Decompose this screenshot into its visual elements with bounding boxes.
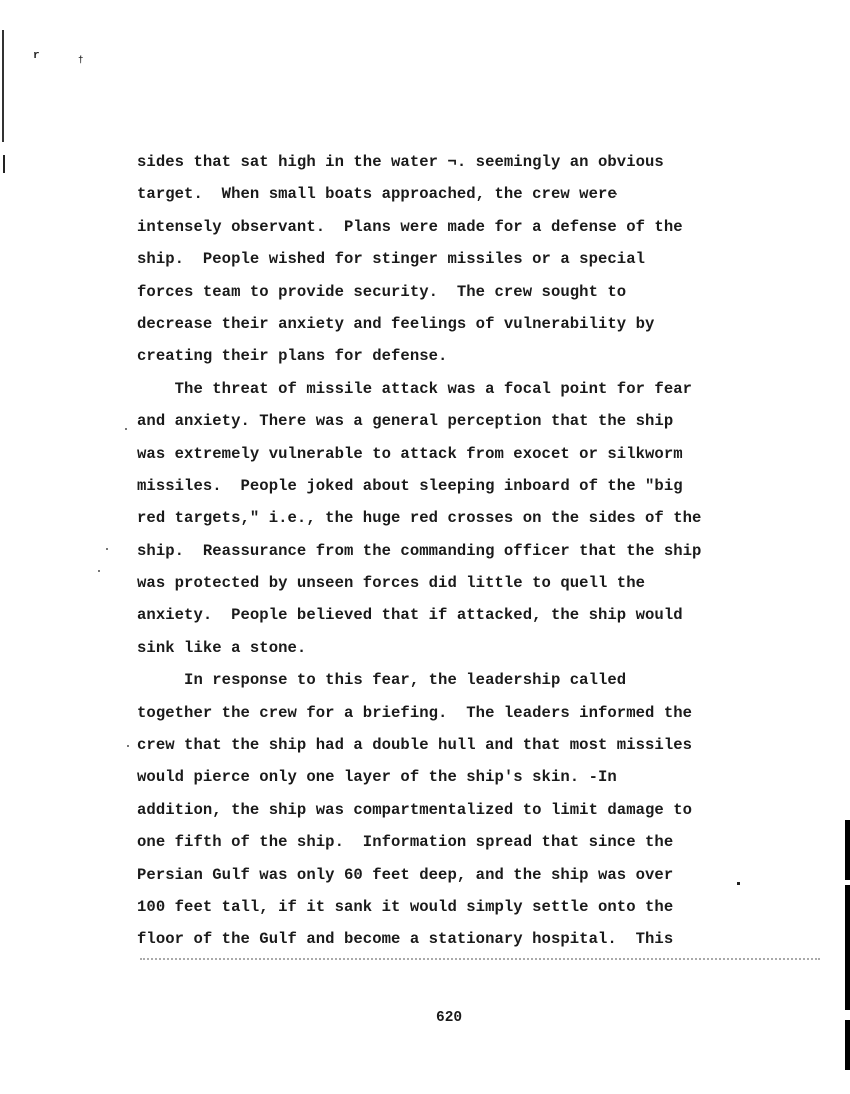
text-line: addition, the ship was compartmentalized… [137, 797, 777, 829]
text-line: The threat of missile attack was a focal… [137, 376, 777, 408]
text-line: In response to this fear, the leadership… [137, 667, 777, 699]
text-line: creating their plans for defense. [137, 343, 777, 375]
text-line: would pierce only one layer of the ship'… [137, 764, 777, 796]
text-line: was extremely vulnerable to attack from … [137, 441, 777, 473]
scanned-document-page: r † sides that sat high in the water ¬. … [0, 0, 850, 1094]
text-line: 100 feet tall, if it sank it would simpl… [137, 894, 777, 926]
text-line: target. When small boats approached, the… [137, 181, 777, 213]
text-line: sink like a stone. [137, 635, 777, 667]
text-line: red targets," i.e., the huge red crosses… [137, 505, 777, 537]
text-line: was protected by unseen forces did littl… [137, 570, 777, 602]
text-line: decrease their anxiety and feelings of v… [137, 311, 777, 343]
scan-speck [106, 548, 108, 550]
scan-edge-right-upper [845, 820, 850, 880]
text-line: together the crew for a briefing. The le… [137, 700, 777, 732]
text-line: forces team to provide security. The cre… [137, 279, 777, 311]
body-text: sides that sat high in the water ¬. seem… [137, 149, 777, 959]
scan-edge-left [2, 30, 4, 142]
text-line: one fifth of the ship. Information sprea… [137, 829, 777, 861]
text-line: Persian Gulf was only 60 feet deep, and … [137, 862, 777, 894]
text-line: missiles. People joked about sleeping in… [137, 473, 777, 505]
text-line: and anxiety. There was a general percept… [137, 408, 777, 440]
scan-speck [98, 570, 100, 572]
text-line: intensely observant. Plans were made for… [137, 214, 777, 246]
text-line: ship. Reassurance from the commanding of… [137, 538, 777, 570]
text-line: anxiety. People believed that if attacke… [137, 602, 777, 634]
scan-speck [127, 745, 129, 747]
margin-mark-1: r [33, 50, 40, 62]
text-line: sides that sat high in the water ¬. seem… [137, 149, 777, 181]
scan-edge-right-middle [845, 885, 850, 1010]
scan-noise-row [140, 958, 820, 964]
scan-speck [125, 428, 127, 430]
text-line: crew that the ship had a double hull and… [137, 732, 777, 764]
page-number: 620 [436, 1010, 462, 1026]
margin-mark-2: † [78, 55, 83, 65]
scan-edge-right-lower [845, 1020, 850, 1070]
text-line: ship. People wished for stinger missiles… [137, 246, 777, 278]
scan-edge-left-fragment [3, 155, 5, 173]
text-line: floor of the Gulf and become a stationar… [137, 926, 777, 958]
